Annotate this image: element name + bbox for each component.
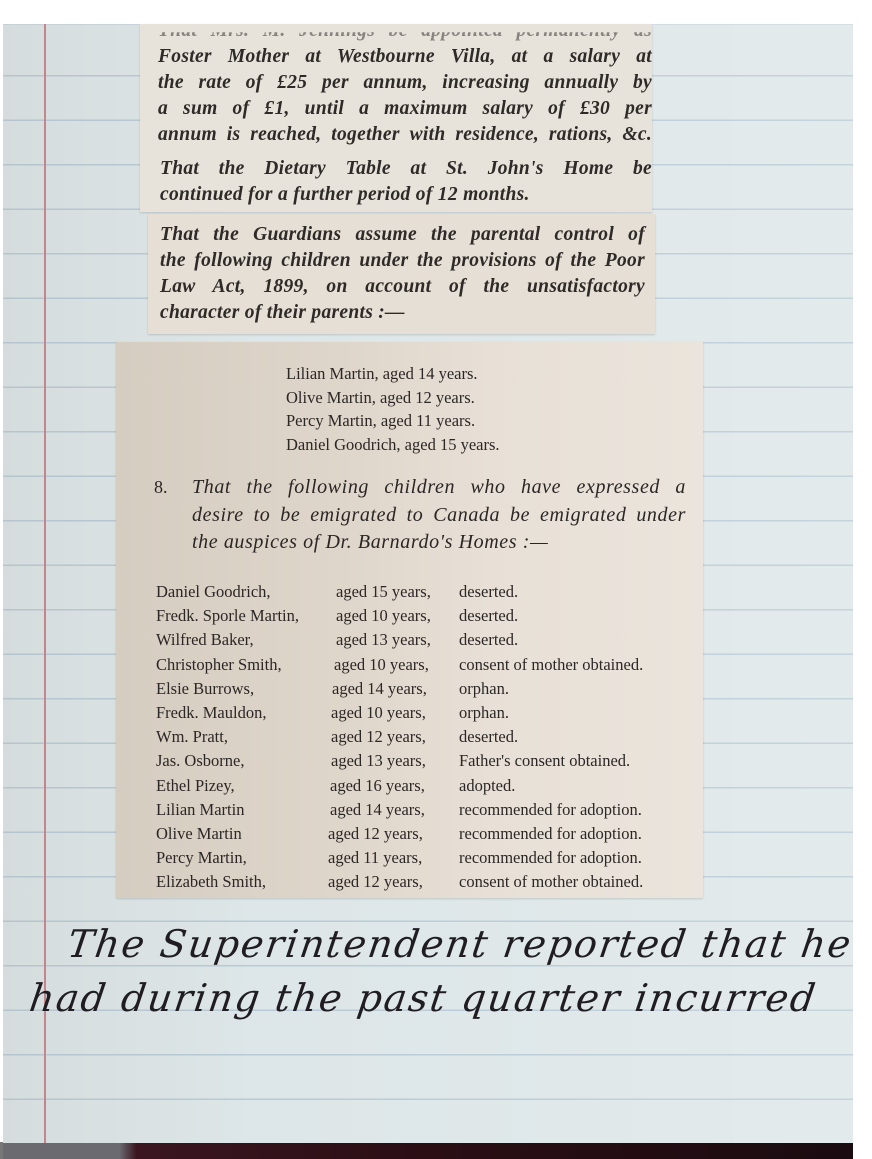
child-note: Father's consent obtained.	[459, 749, 630, 773]
child-age: aged 10 years,	[334, 653, 429, 677]
child-note: recommended for adoption.	[459, 798, 642, 822]
child-note: orphan.	[459, 677, 509, 701]
child-name: Daniel Goodrich,	[156, 580, 271, 604]
clipped-top-line: That Mrs. M. Jennings be appointed perma…	[158, 18, 652, 44]
child-age: aged 15 years,	[336, 580, 431, 604]
child-age: aged 10 years,	[331, 701, 426, 725]
child-note: deserted.	[459, 604, 518, 628]
book-binding-shadow	[0, 1143, 853, 1159]
child-note: adopted.	[459, 774, 515, 798]
child-note: recommended for adoption.	[459, 822, 642, 846]
list-item: Olive Martin, aged 12 years.	[286, 386, 500, 410]
handwritten-minute-line: The Superintendent reported that he	[65, 922, 855, 966]
child-age: aged 14 years,	[330, 798, 425, 822]
child-name: Fredk. Sporle Martin,	[156, 604, 299, 628]
child-age: aged 13 years,	[331, 749, 426, 773]
child-note: deserted.	[459, 580, 518, 604]
handwritten-minute-line: had during the past quarter incurred	[27, 976, 820, 1020]
child-age: aged 12 years,	[328, 870, 423, 894]
text-line: That the Dietary Table at St. John's Hom…	[160, 156, 652, 182]
child-note: consent of mother obtained.	[459, 653, 643, 677]
child-name: Wm. Pratt,	[156, 725, 228, 749]
child-name: Fredk. Mauldon,	[156, 701, 266, 725]
child-name: Ethel Pizey,	[156, 774, 235, 798]
parental-control-resolution: That the Guardians assume the parental c…	[160, 222, 645, 326]
child-note: orphan.	[459, 701, 509, 725]
newspaper-clipping-foster-mother: That Mrs. M. Jennings be appointed perma…	[140, 24, 652, 212]
parental-control-children-list: Lilian Martin, aged 14 years. Olive Mart…	[286, 362, 500, 456]
child-name: Wilfred Baker,	[156, 628, 254, 652]
child-age: aged 16 years,	[330, 774, 425, 798]
child-age: aged 12 years,	[331, 725, 426, 749]
child-age: aged 13 years,	[336, 628, 431, 652]
foster-mother-resolution: That Mrs. M. Jennings be appointed perma…	[158, 18, 652, 148]
text-line: continued for a further period of 12 mon…	[160, 182, 652, 208]
child-name: Jas. Osborne,	[156, 749, 244, 773]
text-line: annum is reached, together with residenc…	[158, 122, 652, 148]
child-name: Lilian Martin	[156, 798, 244, 822]
item-number: 8.	[154, 474, 168, 501]
child-age: aged 10 years,	[336, 604, 431, 628]
child-age: aged 14 years,	[332, 677, 427, 701]
child-note: deserted.	[459, 628, 518, 652]
child-note: recommended for adoption.	[459, 846, 642, 870]
text-line: the rate of £25 per annum, increasing an…	[158, 70, 652, 96]
child-note: consent of mother obtained.	[459, 870, 643, 894]
child-age: aged 12 years,	[328, 822, 423, 846]
list-item: Daniel Goodrich, aged 15 years.	[286, 433, 500, 457]
text-line: Law Act, 1899, on account of the unsatis…	[160, 274, 645, 300]
page-corner	[0, 1142, 3, 1159]
text-line: character of their parents :—	[160, 300, 645, 326]
text-line: desire to be emigrated to Canada be emig…	[192, 502, 686, 530]
dietary-table-resolution: That the Dietary Table at St. John's Hom…	[160, 156, 652, 208]
text-line: That the Guardians assume the parental c…	[160, 222, 645, 248]
child-name: Elizabeth Smith,	[156, 870, 266, 894]
child-name: Olive Martin	[156, 822, 242, 846]
child-name: Christopher Smith,	[156, 653, 282, 677]
text-line: a sum of £1, until a maximum salary of £…	[158, 96, 652, 122]
child-age: aged 11 years,	[328, 846, 422, 870]
newspaper-clipping-parental-control: That the Guardians assume the parental c…	[148, 214, 655, 334]
text-line: Foster Mother at Westbourne Villa, at a …	[158, 44, 652, 70]
text-line: the following children under the provisi…	[160, 248, 645, 274]
list-item: Percy Martin, aged 11 years.	[286, 409, 500, 433]
text-line: That the following children who have exp…	[192, 474, 686, 502]
text-line: the auspices of Dr. Barnardo's Homes :—	[192, 529, 686, 557]
newspaper-clipping-emigration: Lilian Martin, aged 14 years. Olive Mart…	[116, 342, 703, 898]
child-name: Elsie Burrows,	[156, 677, 254, 701]
child-note: deserted.	[459, 725, 518, 749]
list-item: Lilian Martin, aged 14 years.	[286, 362, 500, 386]
child-name: Percy Martin,	[156, 846, 247, 870]
